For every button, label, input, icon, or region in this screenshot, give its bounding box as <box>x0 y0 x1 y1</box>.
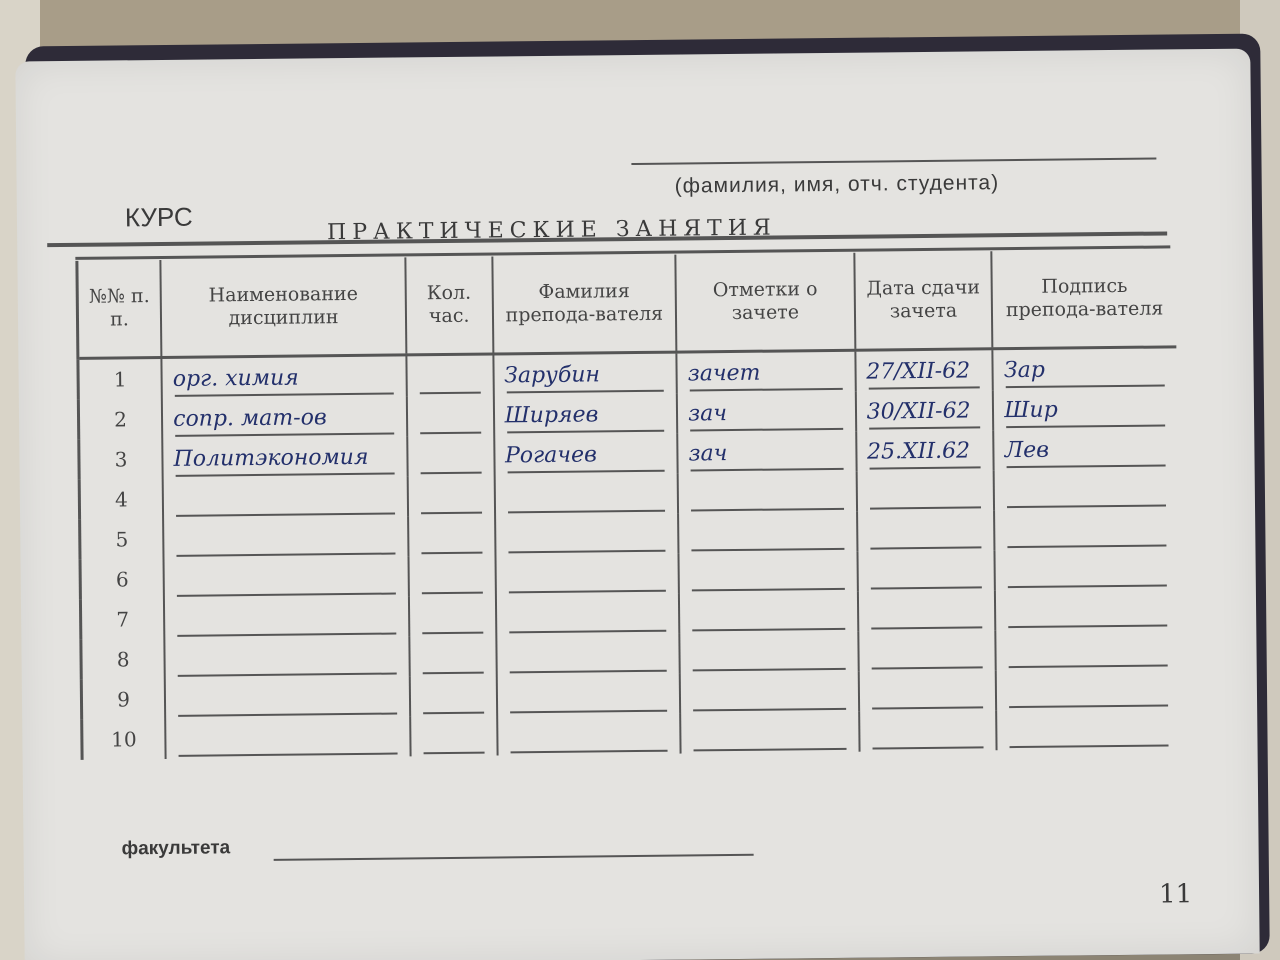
underline <box>420 392 481 395</box>
cell-discipline <box>165 716 410 759</box>
cell-discipline <box>164 556 409 599</box>
underline <box>1006 384 1165 388</box>
underline <box>1009 624 1168 628</box>
mark-value: зач <box>688 401 727 426</box>
signature-value: Лев <box>1005 437 1049 462</box>
underline <box>423 672 484 675</box>
cell-mark: зач <box>677 432 856 474</box>
cell-date <box>856 470 994 511</box>
cell-date <box>857 550 995 591</box>
cell-discipline <box>164 596 409 639</box>
cell-num: 1 <box>78 357 162 399</box>
num-value: 9 <box>117 687 130 711</box>
underline <box>510 750 668 754</box>
cell-date <box>857 510 995 551</box>
cell-teacher <box>494 474 678 516</box>
cell-num: 10 <box>82 719 166 760</box>
student-name-line <box>631 158 1156 165</box>
cell-signature <box>995 588 1179 630</box>
cell-signature <box>996 628 1180 670</box>
underline <box>869 426 981 429</box>
underline <box>422 632 483 635</box>
date-value: 30/XII-62 <box>867 398 971 424</box>
cell-date <box>858 630 996 671</box>
cell-teacher <box>496 634 680 676</box>
cell-hours <box>410 715 497 756</box>
cell-num: 9 <box>81 679 165 720</box>
underline <box>507 470 665 474</box>
mark-value: зачет <box>688 360 761 386</box>
underline <box>693 668 845 672</box>
cell-hours <box>409 635 496 676</box>
underline <box>690 428 842 432</box>
cell-teacher <box>495 514 679 556</box>
teacher-value: Рогачев <box>505 442 597 468</box>
underline <box>510 710 668 714</box>
underline <box>690 388 842 392</box>
cell-mark <box>679 632 858 674</box>
column-header-hours: Кол. час. <box>405 257 493 355</box>
underline <box>869 466 981 469</box>
cell-teacher <box>496 674 680 716</box>
cell-mark <box>679 592 858 634</box>
cell-signature: Шир <box>993 388 1177 430</box>
column-header-signature: Подпись препода-вателя <box>992 249 1177 348</box>
underline <box>420 432 481 435</box>
underline <box>691 468 843 472</box>
cell-num: 2 <box>78 399 162 440</box>
num-value: 7 <box>116 607 129 631</box>
underline <box>692 628 844 632</box>
column-header-date: Дата сдачи зачета <box>854 251 993 350</box>
underline <box>872 706 984 709</box>
cell-mark <box>679 552 858 594</box>
cell-mark: зач <box>677 392 856 434</box>
cell-teacher <box>496 594 680 636</box>
underline <box>692 548 844 552</box>
cell-hours <box>406 354 493 396</box>
cell-signature: Лев <box>994 428 1178 470</box>
underline <box>693 708 845 712</box>
underline <box>871 626 983 629</box>
cell-date: 30/XII-62 <box>855 390 993 431</box>
cell-num: 8 <box>81 639 165 680</box>
underline <box>1007 504 1166 508</box>
cell-mark: зачет <box>677 350 856 393</box>
cell-num: 5 <box>80 519 164 560</box>
underline <box>872 746 984 749</box>
underline <box>423 752 484 755</box>
num-value: 3 <box>115 447 128 471</box>
cell-date: 25.XII.62 <box>856 430 994 471</box>
cell-date: 27/XII-62 <box>855 349 993 392</box>
cell-hours <box>408 515 495 556</box>
num-value: 5 <box>115 527 128 551</box>
underline <box>508 510 666 514</box>
num-value: 2 <box>114 407 127 431</box>
underline <box>870 546 982 549</box>
underline <box>1008 584 1167 588</box>
underline <box>871 666 983 669</box>
cell-num: 7 <box>80 599 164 640</box>
practical-classes-table: №№ п. п. Наименование дисциплин Кол. час… <box>75 249 1180 759</box>
course-label: КУРС <box>125 202 193 234</box>
cell-date <box>859 710 997 751</box>
cell-discipline: орг. химия <box>162 355 407 399</box>
underline <box>1009 704 1168 708</box>
faculty-label: факультета <box>121 837 230 860</box>
underline <box>870 506 982 509</box>
cell-teacher: Рогачев <box>494 434 678 476</box>
num-value: 6 <box>116 567 129 591</box>
num-value: 10 <box>111 727 137 751</box>
table-header: №№ п. п. Наименование дисциплин Кол. час… <box>77 249 1176 358</box>
underline <box>509 630 667 634</box>
underline <box>423 712 484 715</box>
underline <box>1007 464 1166 468</box>
cell-hours <box>410 675 497 716</box>
num-value: 8 <box>117 647 130 671</box>
cell-num: 4 <box>79 479 163 520</box>
column-header-discipline: Наименование дисциплин <box>161 257 407 357</box>
underline <box>508 550 666 554</box>
underline <box>508 590 666 594</box>
page-number: 11 <box>1159 879 1192 909</box>
underline <box>1009 664 1168 668</box>
underline <box>691 508 843 512</box>
underline <box>421 472 482 475</box>
underline <box>692 588 844 592</box>
underline <box>421 512 482 515</box>
underline <box>871 586 983 589</box>
underline <box>868 386 980 389</box>
date-value: 27/XII-62 <box>866 358 970 384</box>
underline <box>506 390 664 394</box>
cell-teacher <box>495 554 679 596</box>
signature-value: Зар <box>1004 357 1045 382</box>
underline <box>1010 744 1169 748</box>
underline <box>1008 544 1167 548</box>
cell-hours <box>409 595 496 636</box>
cell-discipline: Политэкономия <box>162 436 407 479</box>
cell-date <box>858 590 996 631</box>
underline <box>179 753 398 757</box>
date-value: 25.XII.62 <box>867 438 970 464</box>
cell-hours <box>407 396 494 437</box>
record-book-page: (фамилия, имя, отч. студента) КУРС ПРАКТ… <box>15 49 1259 960</box>
underline <box>1007 424 1166 428</box>
student-name-caption: (фамилия, имя, отч. студента) <box>675 171 1000 198</box>
cell-num: 3 <box>79 439 163 480</box>
column-header-teacher: Фамилия препода-вателя <box>492 255 677 354</box>
column-header-mark: Отметки о зачете <box>676 253 855 352</box>
num-value: 4 <box>115 487 128 511</box>
cell-date <box>858 670 996 711</box>
teacher-value: Ширяев <box>504 402 598 428</box>
cell-signature <box>994 468 1178 510</box>
cell-signature <box>995 548 1179 590</box>
cell-discipline <box>163 516 408 559</box>
cell-signature <box>996 708 1180 750</box>
cell-hours <box>408 475 495 516</box>
cell-discipline <box>163 476 408 519</box>
column-header-number: №№ п. п. <box>77 260 162 358</box>
mark-value: зач <box>688 441 727 466</box>
cell-hours <box>408 555 495 596</box>
cell-signature <box>994 508 1178 550</box>
cell-discipline <box>165 676 410 719</box>
cell-teacher <box>497 714 681 756</box>
cell-discipline: сопр. мат-ов <box>162 396 407 439</box>
underline <box>509 670 667 674</box>
underline <box>421 552 482 555</box>
teacher-value: Зарубин <box>504 362 600 388</box>
cell-discipline <box>164 636 409 679</box>
underline <box>694 748 846 752</box>
section-title: ПРАКТИЧЕСКИЕ ЗАНЯТИЯ <box>327 216 777 246</box>
discipline-value: орг. химия <box>173 365 299 391</box>
cell-mark <box>680 672 859 714</box>
underline <box>507 430 665 434</box>
num-value: 1 <box>114 367 127 391</box>
cell-num: 6 <box>80 559 164 600</box>
cell-hours <box>407 436 494 477</box>
signature-value: Шир <box>1004 397 1058 423</box>
underline <box>422 592 483 595</box>
discipline-value: сопр. мат-ов <box>173 405 327 432</box>
cell-mark <box>678 472 857 514</box>
cell-teacher: Ширяев <box>493 394 677 436</box>
cell-mark <box>678 512 857 554</box>
cell-mark <box>680 712 859 754</box>
cell-teacher: Зарубин <box>493 352 677 395</box>
cell-signature: Зар <box>993 347 1177 390</box>
faculty-line <box>274 854 754 861</box>
discipline-value: Политэкономия <box>173 444 368 471</box>
cell-signature <box>996 668 1180 710</box>
